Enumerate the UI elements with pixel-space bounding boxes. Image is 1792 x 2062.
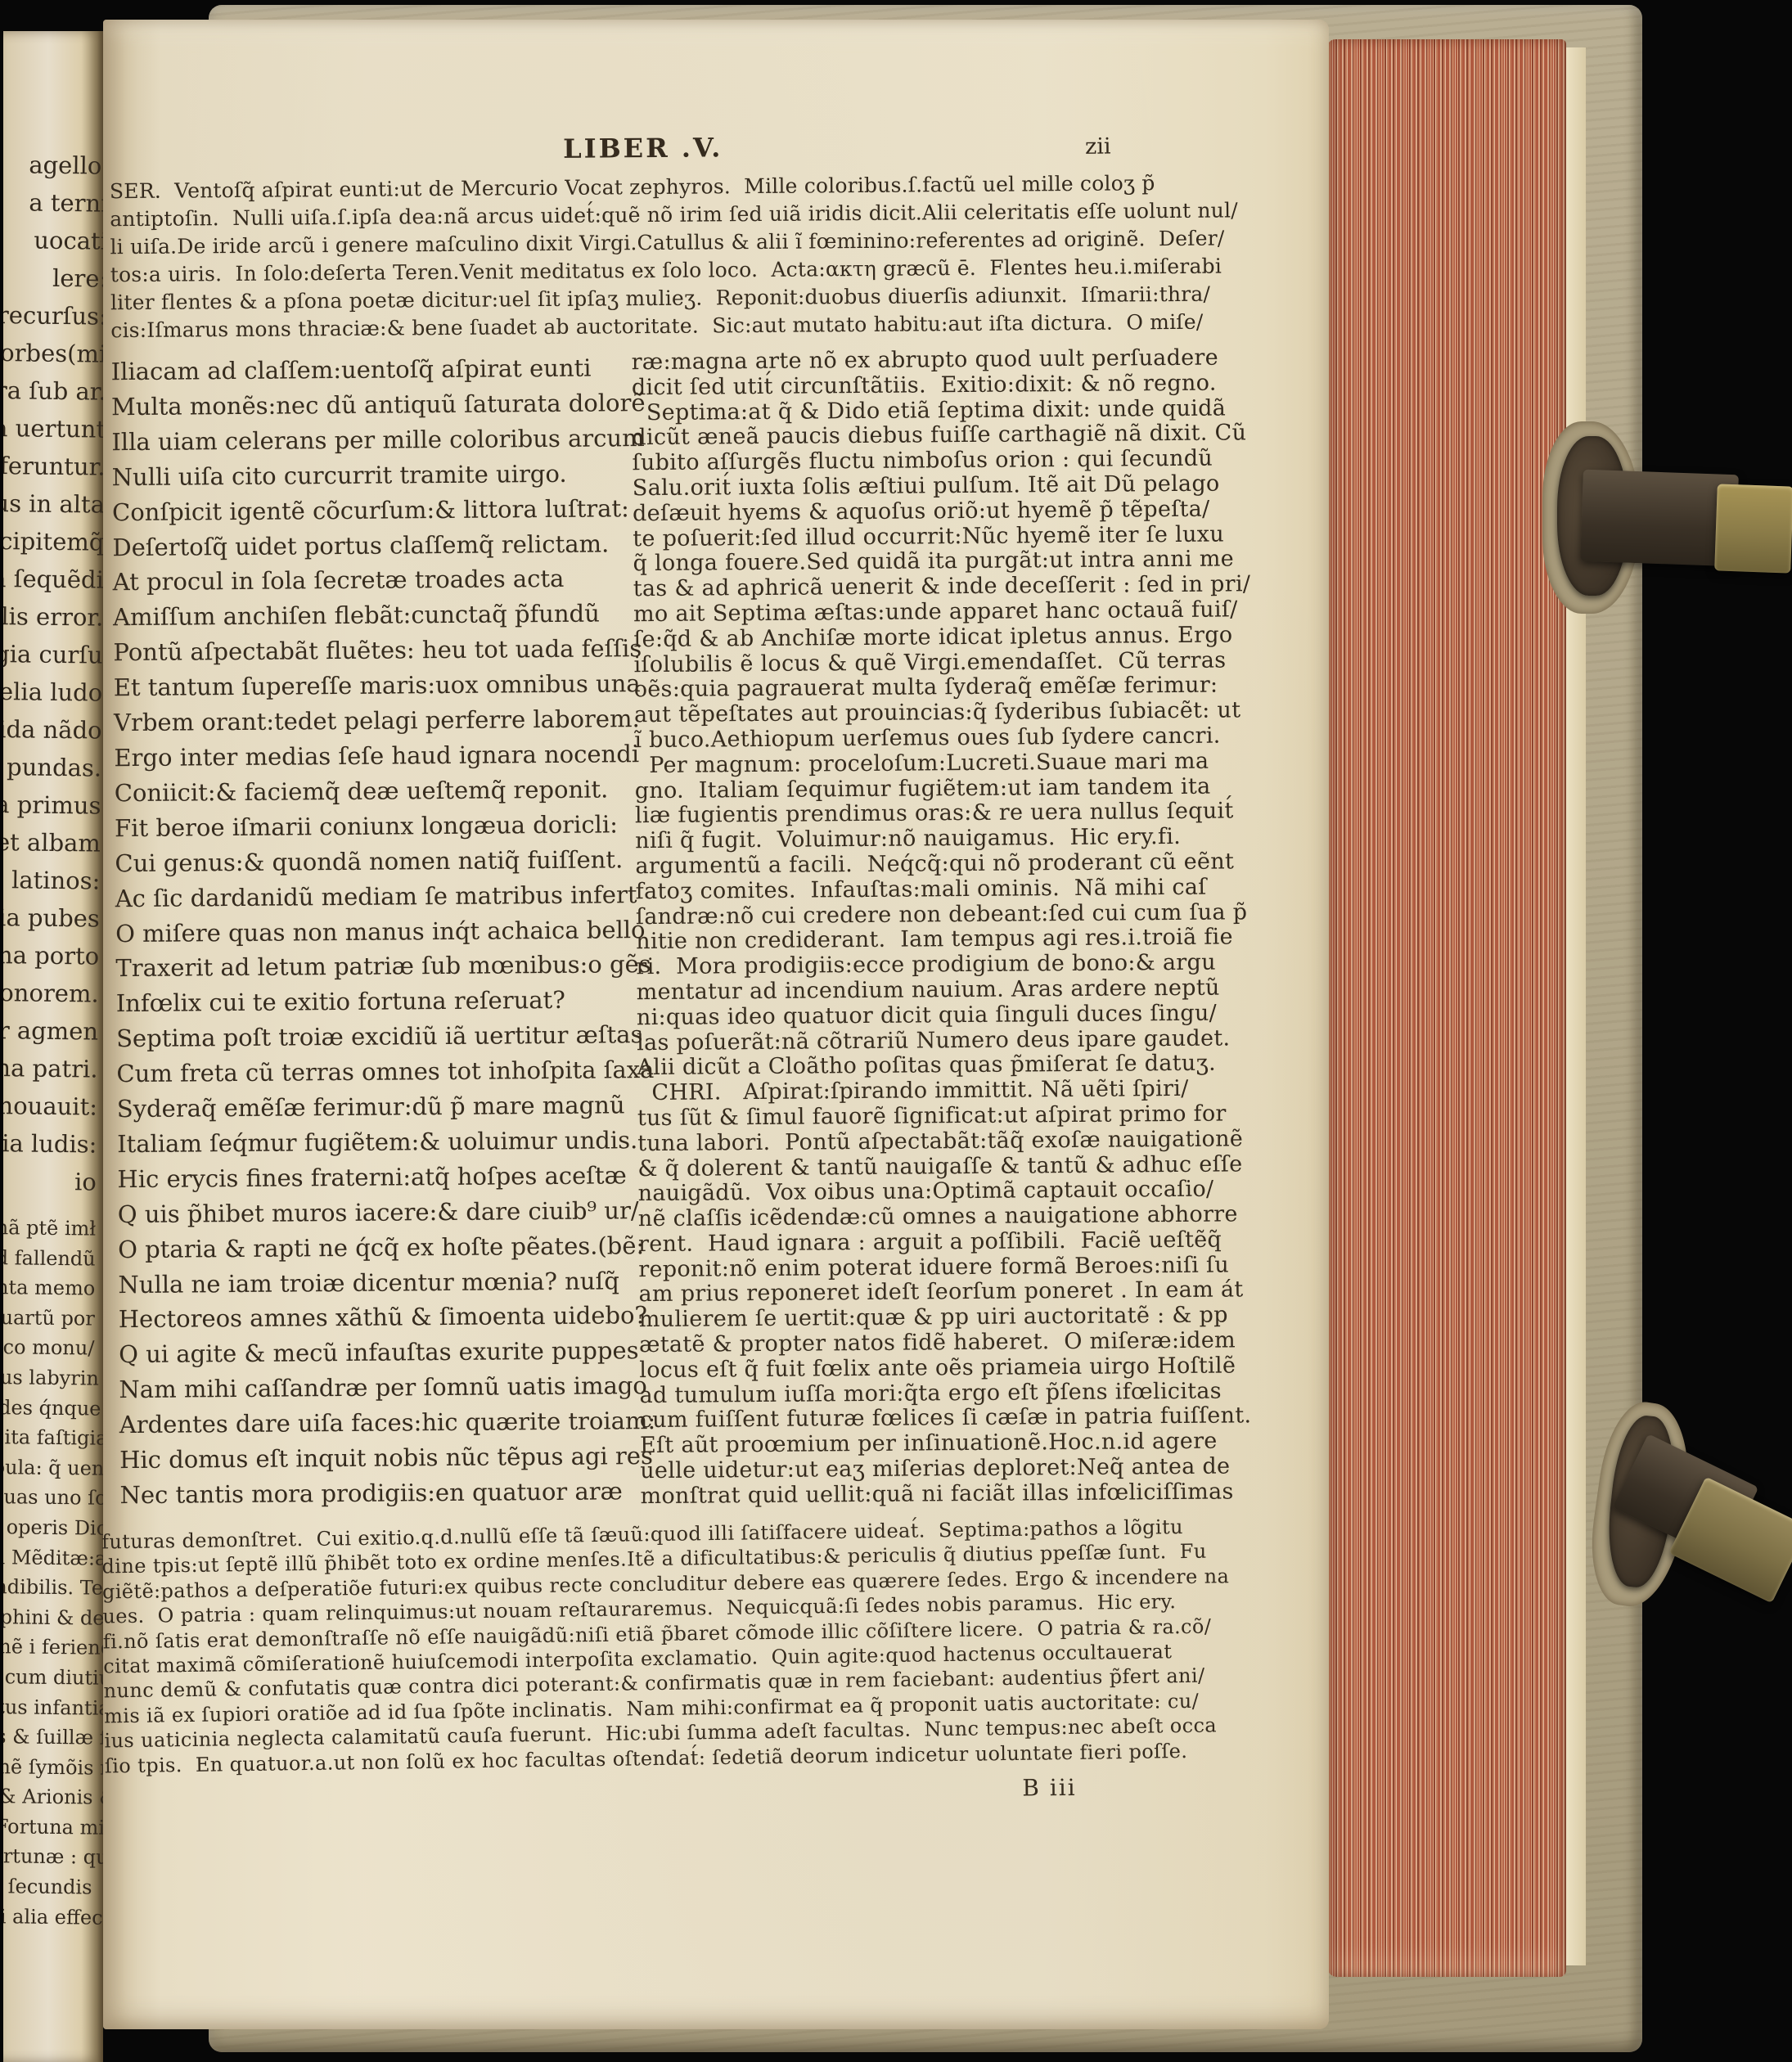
facing-page-line: fidat nimium ſecundis bbox=[3, 1870, 88, 1902]
commentary-line: te poſuerit:ſed illud occurrit:Nũc hyemẽ… bbox=[633, 522, 1186, 552]
facing-page-line: it:quã totius operis Dio bbox=[3, 1510, 92, 1543]
facing-page-line: io bbox=[3, 1160, 97, 1200]
facing-page-line: hippotami. Fortuna mi bbox=[3, 1810, 88, 1843]
facing-page-line: olemnia ludis: bbox=[3, 1123, 97, 1163]
commentary-line: dicit ſed utit́ circunſtãtiis. Exitio:di… bbox=[632, 371, 1185, 401]
commentary-line: aut tẽpeſtates aut prouincias:q̃ ſyderib… bbox=[634, 699, 1187, 728]
commentary-line: q̃ longa fouere.Sed quidã ita purgãt:ut … bbox=[633, 547, 1186, 577]
facing-page-text: agello.a terniuocatilere:recurſus:b⁹ orb… bbox=[3, 144, 103, 1932]
verse-line: Et tantum ſupereſſe maris:uox omnibus un… bbox=[114, 666, 628, 705]
facing-page-line: a humida nãdo bbox=[3, 709, 102, 749]
facing-page-line: picula uertunt bbox=[3, 407, 103, 448]
commentary-line: cum fuiſſent futuræ fœlices ſi cæſæ in p… bbox=[640, 1404, 1193, 1434]
page-header: LIBER .V. zii bbox=[109, 128, 1189, 174]
book-photo: agello.a terniuocatilere:recurſus:b⁹ orb… bbox=[0, 0, 1792, 2062]
commentary-line: am prius reponeret ideſt ſeorſum poneret… bbox=[638, 1278, 1191, 1308]
commentary-line: & q̃ dolerent & tantũ nauigaſſe & tantũ … bbox=[637, 1152, 1191, 1182]
bottom-commentary-line: ſio tpis. En quatuor.a.ut non ſolũ ex ho… bbox=[105, 1738, 1214, 1778]
verse-line: Pontũ aſpectabãt fluẽtes: heu tot uada f… bbox=[113, 632, 627, 671]
bottom-commentary: futuras demonſtret. Cui exitio.q.d.nullũ… bbox=[101, 1515, 1214, 1779]
verse-line: Infœlix cui te exitio fortuna reſeruat? bbox=[116, 983, 630, 1022]
commentary-line: ſandræ:nõ cui credere non debeant:ſed cu… bbox=[636, 900, 1189, 930]
verse-line: O ptaria & rapti ne q́cq̃ ex hoſte pẽate… bbox=[118, 1228, 632, 1267]
facing-page-line: utata nouauit: bbox=[3, 1085, 97, 1125]
commentary-line: Septima:at q̃ & Dido etiã ſeptima dixit:… bbox=[632, 396, 1185, 425]
commentary-line: nẽ claſſis icẽdendæ:cũ omnes a nauigatio… bbox=[638, 1203, 1191, 1232]
facing-page-line: enis tintinabula: q̃ uen/ bbox=[3, 1451, 93, 1483]
commentary-line: liæ fugientis prendimus oras:& re uera n… bbox=[635, 799, 1188, 829]
page-text-block: LIBER .V. zii SER. Ventoſq̃ aſpirat eunt… bbox=[108, 16, 1204, 2033]
facing-page-line: ancipitemq̃ bbox=[3, 520, 103, 561]
verse-line: Deſertoſq̃ uidet portus claſſemq̃ relict… bbox=[112, 526, 626, 565]
commentary-line: niſi q̃ fugit. Voluimur:nõ nauigamus. Hi… bbox=[635, 825, 1188, 854]
facing-page-line: lachra ſub ar. bbox=[3, 370, 103, 410]
commentary-line: ri. Mora prodigiis:ecce prodigium de bon… bbox=[636, 951, 1189, 980]
commentary-line: uelle uidetur:ut eaʒ miſerias deploret:N… bbox=[640, 1455, 1193, 1484]
folio-number: zii bbox=[1085, 134, 1111, 160]
facing-page-line: atiliũ mobilis & ſuillæ ſi bbox=[3, 1720, 90, 1753]
commentary-line: monſtrat quid uellit:quã ni faciãt illas… bbox=[640, 1480, 1193, 1510]
quire-signature: B iii bbox=[1022, 1774, 1077, 1802]
facing-page-edge: agello.a terniuocatilere:recurſus:b⁹ orb… bbox=[3, 31, 103, 2062]
commentary-line: nitie non crediderant. Iam tempus agi re… bbox=[636, 925, 1189, 955]
facing-page-line: lere: bbox=[3, 257, 103, 297]
verse-line: Ac ſic dardanidũ mediam ſe matribus infe… bbox=[115, 877, 629, 916]
two-column-area: Iliacam ad claſſem:uentoſq̃ aſpirat eunt… bbox=[111, 346, 1200, 1514]
facing-page-commentary-fragments: centeſimã ptẽ imłinditis:ad fallendũinqu… bbox=[3, 1211, 96, 1932]
bottom-commentary-line: nunc demũ & confutatis quæ contra dici p… bbox=[103, 1664, 1213, 1704]
commentary-line: nauigãdũ. Vox oibus una:Optimã captauit … bbox=[638, 1177, 1191, 1207]
commentary-line: ſubito aſſurgẽs fluctu nimboſus orion : … bbox=[632, 447, 1185, 476]
verse-line: Cui genus:& quondã nomen natiq̃ fuiſſent… bbox=[115, 842, 628, 881]
commentary-intro: SER. Ventoſq̃ aſpirat eunti:ut de Mercur… bbox=[110, 169, 1191, 344]
commentary-line: gno. Italiam ſequimur fugiẽtem:ut iam ta… bbox=[635, 774, 1188, 804]
commentary-line: mulierem ſe uertit:quæ & pp uiri auctori… bbox=[639, 1303, 1192, 1333]
bottom-commentary-line: ues. O patria : quam relinquimus:ut noua… bbox=[102, 1589, 1212, 1629]
verse-line: Q uis p̃hibet muros iacere:& dare ciuib⁹… bbox=[118, 1193, 632, 1232]
facing-page-line: inditis:ad fallendũ bbox=[3, 1241, 96, 1274]
facing-page-verse-fragments: agello.a terniuocatilere:recurſus:b⁹ orb… bbox=[3, 144, 103, 1200]
verse-line: Multa monẽs:nec dũ antiquũ ſaturata dolo… bbox=[111, 385, 625, 425]
verse-line: Hic domus eſt inquit nobis nũc tẽpus agi… bbox=[119, 1438, 633, 1478]
commentary-line: ræ:magna arte nõ ex abrupto quod uult pe… bbox=[632, 346, 1185, 376]
commentary-line: fatoʒ comites. Infauſtas:mali ominis. Nã… bbox=[636, 876, 1189, 905]
facing-page-line: abendã eẽ fortunæ : quia bbox=[3, 1840, 88, 1873]
commentary-line: ĩ buco.Aethiopum uerſemus oues ſub ſyder… bbox=[634, 724, 1187, 754]
commentary-line: ætatẽ & propter natos fidẽ haberet. O mi… bbox=[639, 1329, 1192, 1358]
commentary-line: argumentũ a facili. Neq́cq̃:qui nõ prode… bbox=[635, 850, 1188, 880]
verse-line: Coniicit:& faciemq̃ deæ ueſtemq̃ reponit… bbox=[115, 772, 628, 811]
bottom-commentary-line: giẽtẽ:pathos a deſperatiõe futuri:ex qui… bbox=[102, 1564, 1212, 1604]
bottom-commentary-line: futuras demonſtret. Cui exitio.q.d.nullũ… bbox=[101, 1515, 1211, 1555]
verse-line: O miſere quas non manus inq́t achaica be… bbox=[115, 912, 629, 952]
commentary-line: iſolubilis ẽ locus & quẽ Virgi.emendaſſe… bbox=[633, 648, 1186, 678]
facing-page-line: ur huius rei & Arionis & bbox=[3, 1781, 89, 1813]
facing-page-line: ſtigia curſu bbox=[3, 633, 103, 673]
red-sprinkled-fore-edge bbox=[1327, 39, 1566, 1977]
commentary-line: mo ait Septima æſtas:unde apparet hanc o… bbox=[633, 598, 1186, 628]
facing-page-line: inquaginta memo bbox=[3, 1272, 95, 1304]
commentary-intro-line: antiptoſin. Nulli uiſa.ſ.ipſa dea:nã arc… bbox=[110, 197, 1190, 233]
verse-line: Italiam ſeq́mur fugiẽtem:& uoluimur undi… bbox=[117, 1123, 631, 1162]
verse-column: Iliacam ad claſſem:uentoſq̃ aſpirat eunt… bbox=[111, 350, 634, 1514]
facing-page-line: dẽ alios quia Mẽditæ:ali bbox=[3, 1541, 92, 1574]
verse-line: Syderaq̃ emẽſæ ferimur:dũ p̃ mare magnũ bbox=[117, 1087, 631, 1127]
bottom-clasp bbox=[1575, 1383, 1792, 1645]
facing-page-line: ſi q̃drata intus labyrin bbox=[3, 1361, 94, 1393]
commentary-line: ni:quas ideo quatuor dicit quia ſinguli … bbox=[637, 1002, 1190, 1031]
commentary-line: ad tumulum iuſſa mori:q̃ta ergo eſt p̃ſe… bbox=[639, 1380, 1192, 1409]
verse-line: Nulla ne iam troiæ dicentur mœnia? nuſq̃ bbox=[118, 1263, 632, 1303]
facing-page-line: a terni bbox=[3, 182, 103, 222]
page-block-outer-edge bbox=[1566, 47, 1586, 1965]
facing-page-line: quo troia pubes bbox=[3, 897, 100, 937]
facing-page-line: n dicitur agmen bbox=[3, 1010, 98, 1050]
bottom-commentary-line: ius uaticinia neglecta calamitatũ cauſa … bbox=[104, 1713, 1213, 1754]
commentary-line: tuna labori. Pontũ aſpectabãt:tãq̃ exoſæ… bbox=[637, 1128, 1191, 1157]
facing-page-line: pene i uẽtre:cum diutius bbox=[3, 1660, 91, 1693]
commentary-line: tus ſũt & ſimul fauorẽ ſignificat:ut aſp… bbox=[637, 1102, 1191, 1132]
facing-page-line: ro ideprehendibilis. Te bbox=[3, 1570, 92, 1603]
facing-page-line: ruauit honorem. bbox=[3, 972, 99, 1012]
facing-page-line: axima porto bbox=[3, 934, 100, 975]
facing-page-line: eabilis error. bbox=[3, 596, 103, 636]
verse-line: Septima poſt troiæ excidiũ iã uertitur æ… bbox=[116, 1017, 630, 1056]
commentary-line: las poſuerãt:nã cõtrariũ Numero deus ipa… bbox=[637, 1026, 1190, 1056]
bottom-commentary-line: mis iã ex ſupiori oratiõe ad id ſua ſpõt… bbox=[104, 1688, 1213, 1728]
facing-page-line: o. Tardat́ tamẽ i feriendo bbox=[3, 1631, 91, 1664]
facing-page-line: delphius delphini & del/ bbox=[3, 1601, 92, 1633]
verse-line: Nulli uiſa cito curcurrit tramite uirgo. bbox=[112, 456, 626, 495]
facing-page-line: cingeret albam bbox=[3, 822, 101, 862]
verse-line: Q ui agite & mecũ infauſtas exurite pupp… bbox=[119, 1334, 633, 1373]
commentary-intro-line: liter flentes & a pſona poetæ dicitur:ue… bbox=[110, 281, 1191, 317]
commentary-intro-line: li uiſa.De iride arcũ i genere maſculino… bbox=[110, 225, 1190, 261]
facing-page-line: e feruntur. bbox=[3, 445, 103, 485]
facing-page-line: agello. bbox=[3, 144, 103, 184]
top-clasp bbox=[1542, 413, 1792, 626]
verse-line: Hectoreos amnes xãthũ & ſimoenta uidebo? bbox=[119, 1299, 633, 1338]
commentary-intro-line: SER. Ventoſq̃ aſpirat eunti:ut de Mercur… bbox=[110, 169, 1190, 205]
commentary-line: Per magnum: proceloſum:Lucreti.Suaue mar… bbox=[634, 750, 1187, 779]
bottom-commentary-line: dine tpis:ut ſeptẽ illũ p̃hibẽt toto ex … bbox=[101, 1539, 1211, 1579]
commentary-intro-line: cis:Iſmarus mons thraciæ:& bene ſuadet a… bbox=[110, 308, 1191, 344]
commentary-line: ſe:q̃d & ab Anchiſæ morte idicat ipletus… bbox=[633, 624, 1186, 653]
commentary-line: mentatur ad incendium nauium. Aras arder… bbox=[637, 976, 1190, 1006]
facing-page-line: p̃rœlia ludo bbox=[3, 671, 102, 711]
facing-page-line: dũtq̃ pundas. bbox=[3, 746, 101, 786]
verse-line: Hic erycis fines fraterni:atq̃ hoſpes ac… bbox=[117, 1158, 631, 1197]
commentary-line: Eſt aũt proœmium per inſinuationẽ.Hoc.n.… bbox=[640, 1429, 1193, 1459]
facing-page-line: rtamina patri. bbox=[3, 1047, 98, 1087]
verse-line: Iliacam ad claſſem:uentoſq̃ aſpirat eunt… bbox=[111, 350, 625, 389]
bottom-commentary-line: citat maximã cõmiſerationẽ huiuſcemodi i… bbox=[103, 1639, 1213, 1679]
commentary-line: locus eſt q̃ fuit fœlix ante oẽs priamei… bbox=[639, 1354, 1192, 1384]
facing-page-line: tenũ:ſupra quas uno ſo bbox=[3, 1481, 92, 1514]
verse-line: Nec tantis mora prodigiis:en quatuor aræ bbox=[119, 1474, 633, 1513]
verse-line: Nam mihi caſſandræ per ſomnũ uatis imago bbox=[119, 1369, 633, 1408]
verse-line: Traxerit ad letum patriæ ſub mœnibus:o g… bbox=[115, 948, 629, 987]
top-clasp-brass-catch bbox=[1714, 484, 1792, 573]
commentary-line: oẽs:quia pagrauerat multa ſyderaq̃ emẽſæ… bbox=[634, 673, 1187, 703]
verse-line: Amiſſum anchiſen flebãt:cunctaq̃ p̃fundũ bbox=[113, 597, 627, 636]
facing-page-line: beribus. Fœtus infantia i bbox=[3, 1691, 90, 1723]
commentary-line: rent. Haud ignara : arguit a poſſibili. … bbox=[638, 1228, 1191, 1258]
facing-page-line: ratũ pyramides q́nque bbox=[3, 1391, 94, 1424]
verse-line: Illa uiam celerans per mille coloribus a… bbox=[111, 421, 625, 460]
verse-line: Cum freta cũ terras omnes tot inhoſpita … bbox=[116, 1052, 630, 1092]
facing-page-line: tamina primus bbox=[3, 784, 101, 824]
verse-line: Fit beroe iſmarii coniunx longæua doricl… bbox=[115, 807, 628, 846]
facing-page-line: lebrare latinos: bbox=[3, 859, 101, 899]
facing-page-line: arentur.Quartũ por bbox=[3, 1301, 95, 1334]
running-title: LIBER .V. bbox=[563, 132, 723, 164]
facing-page-line: io: i quo loco monu/ bbox=[3, 1331, 95, 1364]
commentary-line: tas & ad aphricã uenerit & inde deceſſer… bbox=[633, 573, 1186, 602]
commentary-line: Salu.orit́ iuxta ſolis æſtiui pulſum. It… bbox=[633, 472, 1186, 502]
commentary-line: reponit:nõ enim poterat iduere formã Ber… bbox=[638, 1254, 1191, 1283]
facing-page-line: b⁹ orbes(mi bbox=[3, 332, 103, 372]
facing-page-line: recurſus: bbox=[3, 295, 103, 335]
commentary-line: CHRI. Aſpirat:ſpirando immittit. Nã uẽti… bbox=[637, 1077, 1191, 1106]
facing-page-line: de cauſa nomẽ ſymõis mi bbox=[3, 1750, 89, 1783]
facing-page-line: rinthus in alta bbox=[3, 483, 103, 523]
verse-line: Conſpicit igentẽ cõcurſum:& littora luſt… bbox=[112, 491, 626, 530]
verse-line: Ergo inter medias ſeſe haud ignara nocen… bbox=[114, 736, 628, 776]
verse-line: At procul in ſola ſecretæ troades acta bbox=[113, 561, 627, 601]
main-page: LIBER .V. zii SER. Ventoſq̃ aſpirat eunt… bbox=[103, 20, 1329, 2029]
facing-page-line: inouata quaſi alia effect́ bbox=[3, 1900, 88, 1933]
commentary-line: Alii dicũt a Cloãtho poſitas quas p̃miſe… bbox=[637, 1051, 1190, 1081]
facing-page-line: nquagenum ita faſtigia bbox=[3, 1421, 93, 1454]
facing-page-line: uocati bbox=[3, 219, 103, 259]
verse-line: Ardentes dare uiſa faces:hic quærite tro… bbox=[119, 1403, 633, 1443]
facing-page-line: centeſimã ptẽ imł bbox=[3, 1211, 96, 1244]
commentary-intro-line: tos:a uiris. In ſolo:deſerta Teren.Venit… bbox=[110, 253, 1191, 289]
commentary-line: dicũt æneã paucis diebus fuiſſe carthagi… bbox=[632, 421, 1185, 451]
bottom-commentary-line: fi.nõ ſatis erat demonſtraſſe nõ eſſe na… bbox=[103, 1614, 1213, 1654]
commentary-line: deſæuit hyems & aquoſus oriõ:ut hyemẽ p̃… bbox=[633, 497, 1186, 527]
verse-line: Vrbem orant:tedet pelagi perferre labore… bbox=[114, 701, 628, 741]
facing-page-line: a ſigna ſequẽdi bbox=[3, 558, 103, 598]
commentary-column: ræ:magna arte nõ ex abrupto quod uult pe… bbox=[632, 346, 1194, 1510]
